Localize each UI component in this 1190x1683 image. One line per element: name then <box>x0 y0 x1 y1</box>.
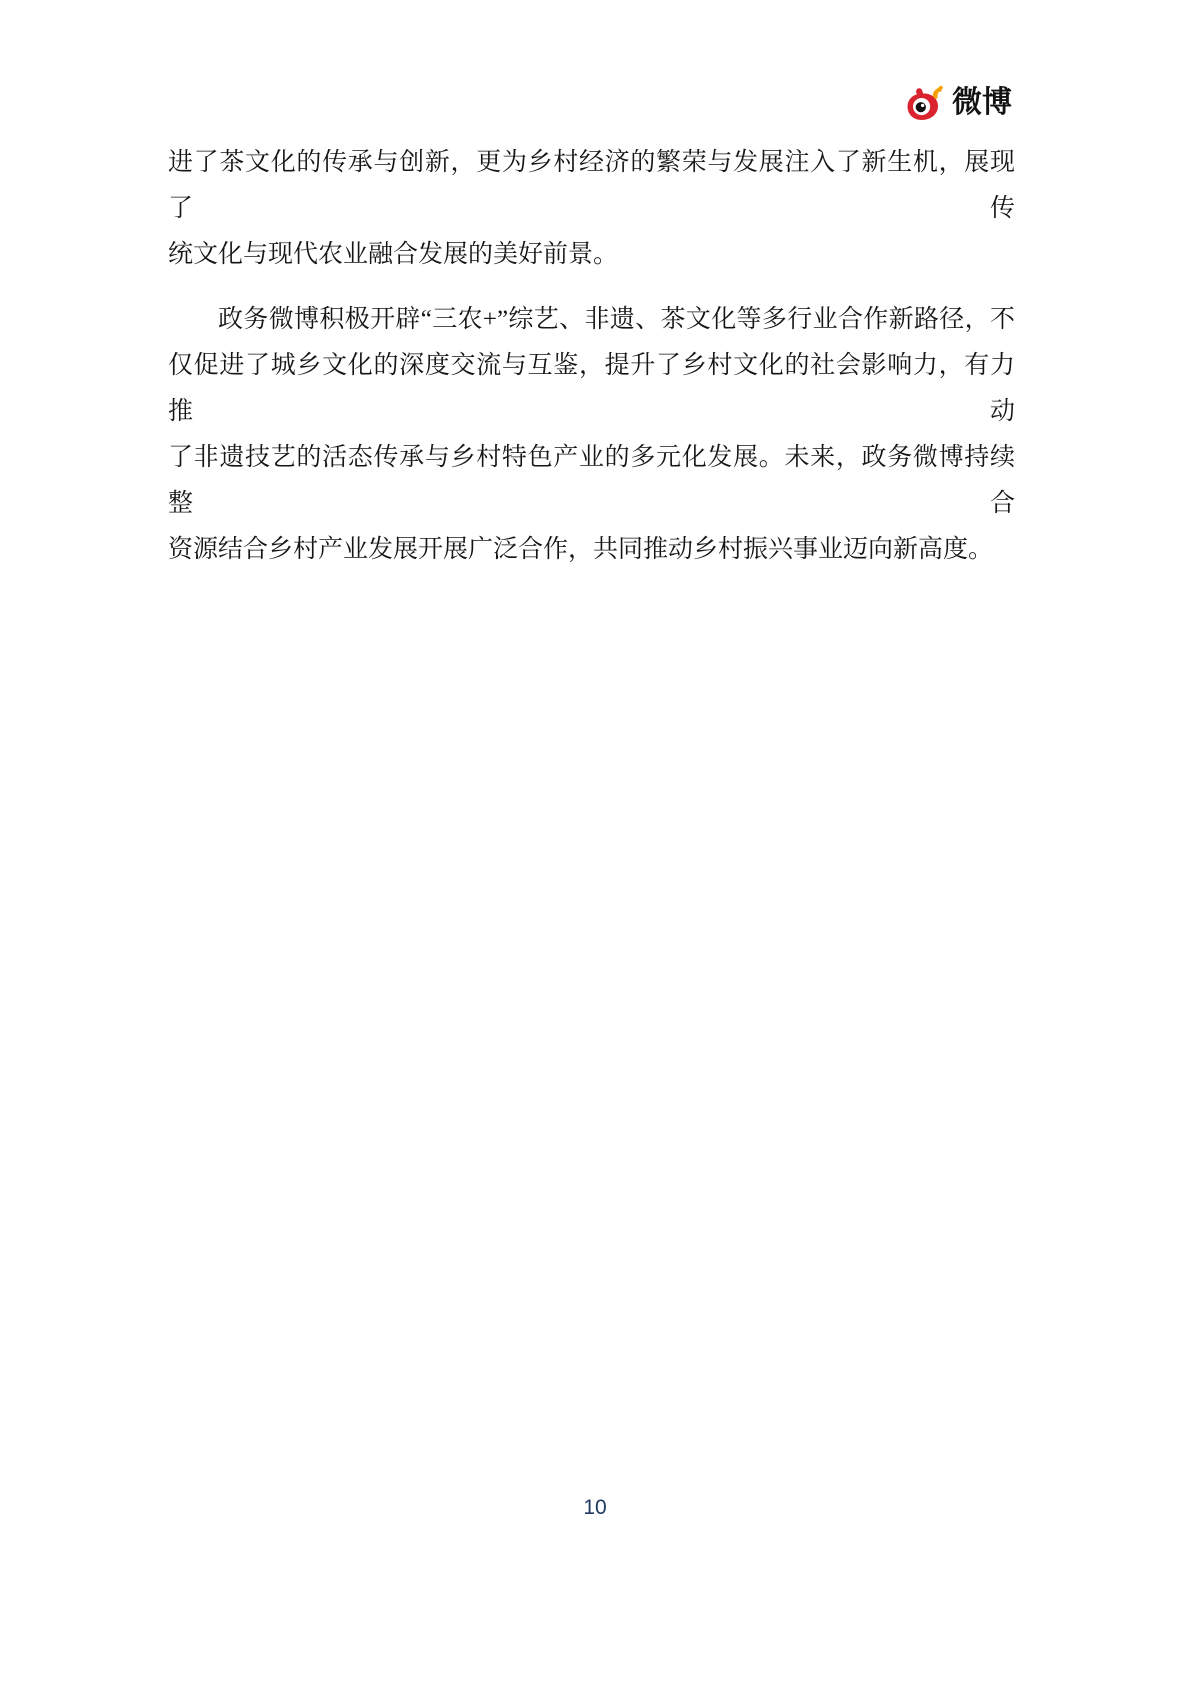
paragraph-line: 政务微博积极开辟“三农+”综艺、非遗、茶文化等多行业合作新路径，不 <box>168 297 1015 343</box>
paragraph-line: 资源结合乡村产业发展开展广泛合作，共同推动乡村振兴事业迈向新高度。 <box>168 527 1015 573</box>
weibo-logo-text: 微博 <box>952 83 1012 123</box>
document-body: 进了茶文化的传承与创新，更为乡村经济的繁荣与发展注入了新生机，展现了传统文化与现… <box>168 140 1015 592</box>
document-page: 微博 进了茶文化的传承与创新，更为乡村经济的繁荣与发展注入了新生机，展现了传统文… <box>0 0 1190 1683</box>
paragraph-line: 进了茶文化的传承与创新，更为乡村经济的繁荣与发展注入了新生机，展现了传 <box>168 140 1015 232</box>
paragraph-line: 仅促进了城乡文化的深度交流与互鉴，提升了乡村文化的社会影响力，有力推动 <box>168 343 1015 435</box>
paragraph-line: 统文化与现代农业融合发展的美好前景。 <box>168 232 1015 278</box>
paragraph: 进了茶文化的传承与创新，更为乡村经济的繁荣与发展注入了新生机，展现了传统文化与现… <box>168 140 1015 278</box>
paragraph-line: 了非遗技艺的活态传承与乡村特色产业的多元化发展。未来，政务微博持续整合 <box>168 435 1015 527</box>
weibo-logo: 微博 <box>906 82 1012 124</box>
paragraph: 政务微博积极开辟“三农+”综艺、非遗、茶文化等多行业合作新路径，不仅促进了城乡文… <box>168 297 1015 573</box>
weibo-eye-icon <box>906 83 948 123</box>
page-number: 10 <box>0 1496 1190 1520</box>
